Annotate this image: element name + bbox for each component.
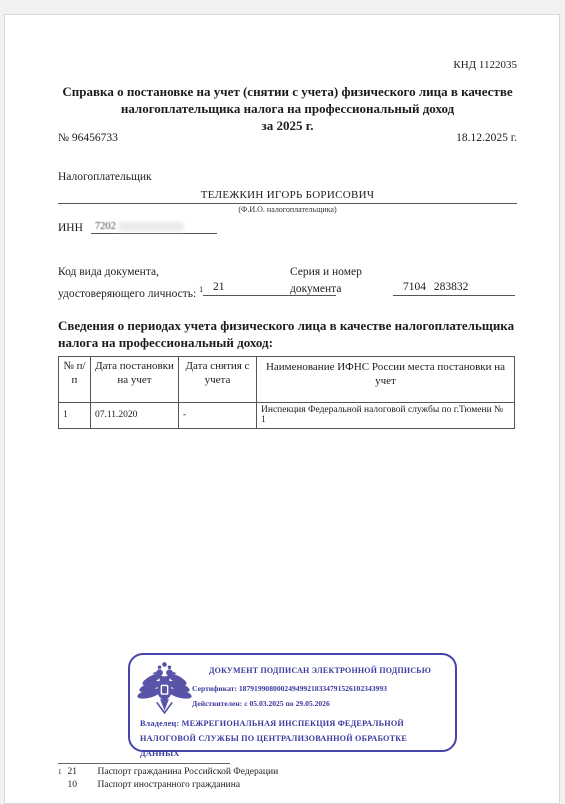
identity-doc-section: Код вида документа, удостоверяющего личн… xyxy=(58,264,517,306)
taxpayer-name-caption: (Ф.И.О. налогоплательщика) xyxy=(58,204,517,214)
signature-stamp: ДОКУМЕНТ ПОДПИСАН ЭЛЕКТРОННОЙ ПОДПИСЬЮ С… xyxy=(128,653,457,752)
footnote-item: 21 Паспорт гражданина Российской Федерац… xyxy=(68,766,279,779)
table-header-ifns: Наименование ИФНС России места постановк… xyxy=(257,357,515,403)
certificate-label: Сертификат: xyxy=(192,684,237,693)
series-label-line2: документа xyxy=(290,281,362,298)
doc-number-row: № 96456733 18.12.2025 г. xyxy=(58,132,517,144)
taxpayer-name-block: ТЕЛЕЖКИН ИГОРЬ БОРИСОВИЧ (Ф.И.О. налогоп… xyxy=(58,189,517,214)
table-header-row: № п/п Дата постановки на учет Дата сняти… xyxy=(59,357,515,403)
doc-title-line2: налогоплательщика налога на профессионал… xyxy=(58,100,517,117)
inn-row: ИНН 7202 xyxy=(58,221,217,234)
table-cell-ifns: Инспекция Федеральной налоговой службы п… xyxy=(257,403,515,429)
stamp-owner-line: Владелец: МЕЖРЕГИОНАЛЬНАЯ ИНСПЕКЦИЯ ФЕДЕ… xyxy=(140,716,448,761)
table-cell-reg-date: 07.11.2020 xyxy=(91,403,179,429)
owner-value: МЕЖРЕГИОНАЛЬНАЯ ИНСПЕКЦИЯ ФЕДЕРАЛЬНОЙ НА… xyxy=(140,719,407,758)
footnote-text: Паспорт иностранного гражданина xyxy=(90,779,241,792)
inn-label: ИНН xyxy=(58,222,83,234)
stamp-certificate-line: Сертификат: 1879199080002494992183347915… xyxy=(192,684,387,693)
doc-code-label: Код вида документа, удостоверяющего личн… xyxy=(58,264,203,303)
owner-label: Владелец: xyxy=(140,719,179,728)
doc-title: Справка о постановке на учет (снятии с у… xyxy=(58,83,517,134)
table-cell-num: 1 xyxy=(59,403,91,429)
series-label: Серия и номер документа xyxy=(290,264,362,298)
doc-code-label-line1: Код вида документа, xyxy=(58,264,203,281)
validity-value: с 05.03.2025 по 29.05.2026 xyxy=(244,699,330,708)
footnote-list: 21 Паспорт гражданина Российской Федерац… xyxy=(68,766,279,791)
periods-heading: Сведения о периодах учета физического ли… xyxy=(58,317,517,351)
validity-label: Действителен: xyxy=(192,699,242,708)
certificate-value: 187919908000249499218334791526102343993 xyxy=(239,684,387,693)
series-value: 7104 283832 xyxy=(393,281,515,296)
footnote-item: 10 Паспорт иностранного гражданина xyxy=(68,779,279,792)
doc-date: 18.12.2025 г. xyxy=(456,132,517,144)
knd-code: КНД 1122035 xyxy=(453,59,517,71)
footnote-separator xyxy=(58,763,230,764)
inn-visible-digits: 7202 xyxy=(95,221,116,232)
coat-of-arms-icon xyxy=(137,658,192,716)
doc-title-line1: Справка о постановке на учет (снятии с у… xyxy=(58,83,517,100)
series-label-line1: Серия и номер xyxy=(290,264,362,281)
footnote-code: 10 xyxy=(68,779,90,792)
taxpayer-label: Налогоплательщик xyxy=(58,171,152,183)
footnote-code: 21 xyxy=(68,766,90,779)
table-header-num: № п/п xyxy=(59,357,91,403)
document-page: КНД 1122035 Справка о постановке на учет… xyxy=(4,14,560,800)
table-cell-dereg-date: - xyxy=(179,403,257,429)
inn-value: 7202 xyxy=(91,221,217,234)
stamp-title: ДОКУМЕНТ ПОДПИСАН ЭЛЕКТРОННОЙ ПОДПИСЬЮ xyxy=(192,666,448,675)
table-row: 1 07.11.2020 - Инспекция Федеральной нал… xyxy=(59,403,515,429)
footnote-ref: 1 xyxy=(58,766,62,791)
footnotes: 1 21 Паспорт гражданина Российской Федер… xyxy=(58,766,278,791)
inn-redacted-blur xyxy=(118,222,184,231)
doc-number: № 96456733 xyxy=(58,132,118,144)
stamp-validity-line: Действителен: с 05.03.2025 по 29.05.2026 xyxy=(192,699,330,708)
doc-code-label-line2: удостоверяющего личность: 1 xyxy=(58,281,203,303)
periods-table: № п/п Дата постановки на учет Дата сняти… xyxy=(58,356,515,429)
table-header-dereg-date: Дата снятия с учета xyxy=(179,357,257,403)
taxpayer-name: ТЕЛЕЖКИН ИГОРЬ БОРИСОВИЧ xyxy=(58,189,517,204)
table-header-reg-date: Дата постановки на учет xyxy=(91,357,179,403)
footnote-text: Паспорт гражданина Российской Федерации xyxy=(90,766,279,779)
